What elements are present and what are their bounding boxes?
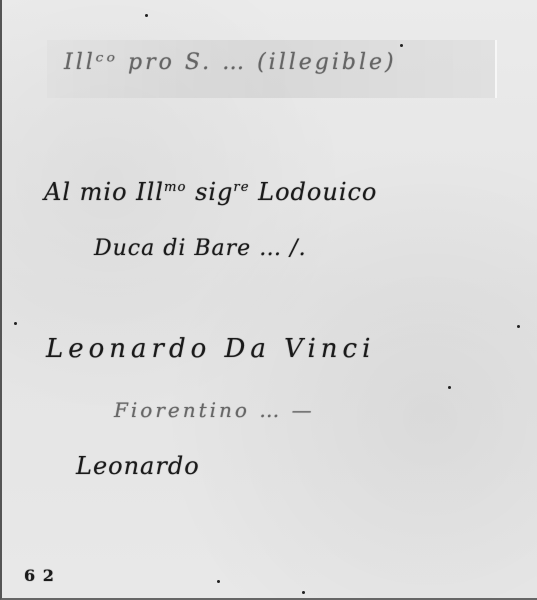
salutation-part-a: Al mio Ill: [44, 178, 164, 206]
ink-speck: [217, 580, 220, 583]
salutation-superscript-1: mo: [164, 180, 186, 195]
ink-speck: [145, 14, 148, 17]
manuscript-page: Illᶜᵒ pro S. … (illegible) Al mio Illmo …: [0, 0, 537, 600]
signature-line-full-name: Leonardo Da Vinci: [46, 334, 375, 364]
signature-line-short: Leonardo: [76, 452, 200, 480]
salutation-superscript-2: re: [233, 180, 249, 195]
title-line: Duca di Bare … /.: [94, 236, 307, 261]
origin-line: Fiorentino … —: [114, 398, 315, 422]
ink-speck: [14, 322, 17, 325]
ink-speck: [400, 44, 403, 47]
ink-speck: [448, 386, 451, 389]
salutation-part-c: Lodouico: [250, 178, 378, 206]
page-number: 6 2: [24, 566, 55, 585]
salutation-line: Al mio Illmo sigre Lodouico: [44, 178, 377, 206]
faded-header-line: Illᶜᵒ pro S. … (illegible): [64, 50, 397, 75]
ink-speck: [302, 591, 305, 594]
salutation-part-b: sig: [186, 178, 233, 206]
ink-speck: [517, 325, 520, 328]
